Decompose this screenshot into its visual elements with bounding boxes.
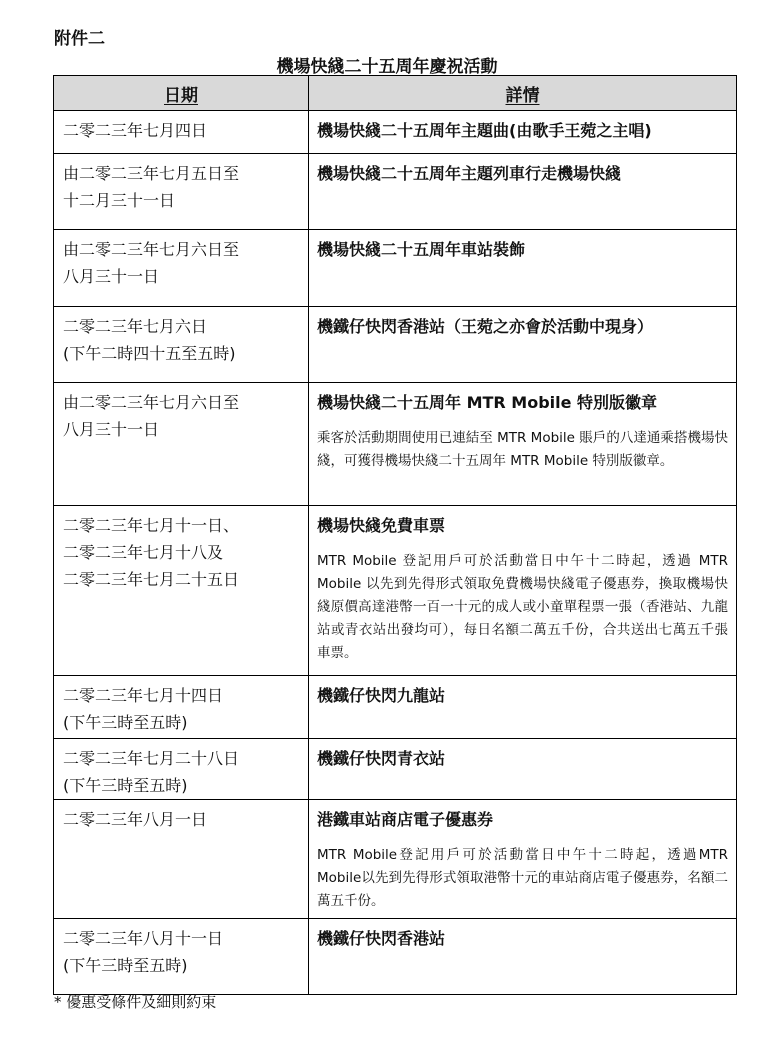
activity-description: MTR Mobile 登記用戶可於活動當日中午十二時起，透過 MTR Mobil… — [317, 550, 728, 665]
date-cell: 由二零二三年七月六日至八月三十一日 — [54, 383, 309, 506]
date-line: (下午三時至五時) — [63, 772, 308, 799]
activity-description: MTR Mobile登記用戶可於活動當日中午十二時起，透過MTR Mobile以… — [317, 844, 728, 913]
activity-title: 港鐵車站商店電子優惠券 — [317, 806, 728, 833]
activity-title: 機鐵仔快閃香港站（王菀之亦會於活動中現身） — [317, 313, 728, 340]
date-cell: 由二零二三年七月五日至十二月三十一日 — [54, 154, 309, 230]
header-date-text: 日期 — [164, 86, 198, 106]
document-title-text: 機場快綫二十五周年慶祝活動 — [277, 57, 498, 77]
date-line: 二零二三年七月十八及 — [63, 539, 308, 566]
activity-description: 乘客於活動期間使用已連結至 MTR Mobile 賬戶的八達通乘搭機場快綫，可獲… — [317, 427, 728, 473]
detail-cell: 機場快綫二十五周年主題曲(由歌手王菀之主唱) — [309, 111, 737, 154]
date-line: 由二零二三年七月五日至 — [63, 160, 308, 187]
table-body: 二零二三年七月四日機場快綫二十五周年主題曲(由歌手王菀之主唱)由二零二三年七月五… — [54, 111, 737, 995]
date-line: 八月三十一日 — [63, 416, 308, 443]
date-line: 由二零二三年七月六日至 — [63, 389, 308, 416]
detail-cell: 港鐵車站商店電子優惠券MTR Mobile登記用戶可於活動當日中午十二時起，透過… — [309, 800, 737, 919]
detail-cell: 機場快綫免費車票MTR Mobile 登記用戶可於活動當日中午十二時起，透過 M… — [309, 506, 737, 676]
table-row: 二零二三年八月十一日(下午三時至五時)機鐵仔快閃香港站 — [54, 919, 737, 995]
detail-cell: 機鐵仔快閃青衣站 — [309, 739, 737, 800]
table-row: 由二零二三年七月六日至八月三十一日機場快綫二十五周年 MTR Mobile 特別… — [54, 383, 737, 506]
date-cell: 二零二三年七月二十八日(下午三時至五時) — [54, 739, 309, 800]
date-cell: 二零二三年八月十一日(下午三時至五時) — [54, 919, 309, 995]
date-line: 二零二三年七月六日 — [63, 313, 308, 340]
date-line: 二零二三年七月十一日、 — [63, 512, 308, 539]
footnote: * 優惠受條件及細則約束 — [54, 991, 216, 1012]
date-line: 二零二三年七月二十八日 — [63, 745, 308, 772]
table-row: 二零二三年七月十一日、二零二三年七月十八及二零二三年七月二十五日機場快綫免費車票… — [54, 506, 737, 676]
date-line: (下午三時至五時) — [63, 709, 308, 736]
activities-table: 日期 詳情 二零二三年七月四日機場快綫二十五周年主題曲(由歌手王菀之主唱)由二零… — [53, 75, 737, 995]
table-row: 二零二三年七月六日(下午二時四十五至五時)機鐵仔快閃香港站（王菀之亦會於活動中現… — [54, 307, 737, 383]
document-title: 機場快綫二十五周年慶祝活動 — [0, 52, 774, 77]
detail-cell: 機場快綫二十五周年 MTR Mobile 特別版徽章乘客於活動期間使用已連結至 … — [309, 383, 737, 506]
activity-title: 機場快綫免費車票 — [317, 512, 728, 539]
table-row: 二零二三年八月一日港鐵車站商店電子優惠券MTR Mobile登記用戶可於活動當日… — [54, 800, 737, 919]
detail-cell: 機鐵仔快閃香港站 — [309, 919, 737, 995]
detail-cell: 機場快綫二十五周年車站裝飾 — [309, 230, 737, 307]
date-cell: 二零二三年八月一日 — [54, 800, 309, 919]
activity-title: 機場快綫二十五周年車站裝飾 — [317, 236, 728, 263]
activity-title: 機場快綫二十五周年主題列車行走機場快綫 — [317, 160, 728, 187]
date-line: (下午二時四十五至五時) — [63, 340, 308, 367]
table-row: 由二零二三年七月五日至十二月三十一日機場快綫二十五周年主題列車行走機場快綫 — [54, 154, 737, 230]
table-header-row: 日期 詳情 — [54, 76, 737, 111]
date-cell: 二零二三年七月十一日、二零二三年七月十八及二零二三年七月二十五日 — [54, 506, 309, 676]
date-line: 二零二三年七月二十五日 — [63, 566, 308, 593]
date-line: 十二月三十一日 — [63, 187, 308, 214]
date-cell: 由二零二三年七月六日至八月三十一日 — [54, 230, 309, 307]
activity-title: 機場快綫二十五周年 MTR Mobile 特別版徽章 — [317, 389, 728, 416]
table-row: 二零二三年七月十四日(下午三時至五時)機鐵仔快閃九龍站 — [54, 676, 737, 739]
detail-cell: 機鐵仔快閃香港站（王菀之亦會於活動中現身） — [309, 307, 737, 383]
annex-label: 附件二 — [54, 24, 105, 49]
date-line: 二零二三年八月一日 — [63, 806, 308, 833]
detail-cell: 機場快綫二十五周年主題列車行走機場快綫 — [309, 154, 737, 230]
date-line: 二零二三年七月十四日 — [63, 682, 308, 709]
detail-cell: 機鐵仔快閃九龍站 — [309, 676, 737, 739]
header-details-text: 詳情 — [506, 86, 540, 106]
header-details: 詳情 — [309, 76, 737, 111]
activity-title: 機鐵仔快閃香港站 — [317, 925, 728, 952]
date-line: 由二零二三年七月六日至 — [63, 236, 308, 263]
date-line: 二零二三年八月十一日 — [63, 925, 308, 952]
date-cell: 二零二三年七月六日(下午二時四十五至五時) — [54, 307, 309, 383]
date-cell: 二零二三年七月四日 — [54, 111, 309, 154]
date-line: 八月三十一日 — [63, 263, 308, 290]
table-row: 二零二三年七月二十八日(下午三時至五時)機鐵仔快閃青衣站 — [54, 739, 737, 800]
activity-title: 機鐵仔快閃九龍站 — [317, 682, 728, 709]
date-line: (下午三時至五時) — [63, 952, 308, 979]
date-cell: 二零二三年七月十四日(下午三時至五時) — [54, 676, 309, 739]
table-row: 由二零二三年七月六日至八月三十一日機場快綫二十五周年車站裝飾 — [54, 230, 737, 307]
header-date: 日期 — [54, 76, 309, 111]
date-line: 二零二三年七月四日 — [63, 117, 308, 144]
activity-title: 機鐵仔快閃青衣站 — [317, 745, 728, 772]
table-row: 二零二三年七月四日機場快綫二十五周年主題曲(由歌手王菀之主唱) — [54, 111, 737, 154]
activity-title: 機場快綫二十五周年主題曲(由歌手王菀之主唱) — [317, 117, 728, 144]
